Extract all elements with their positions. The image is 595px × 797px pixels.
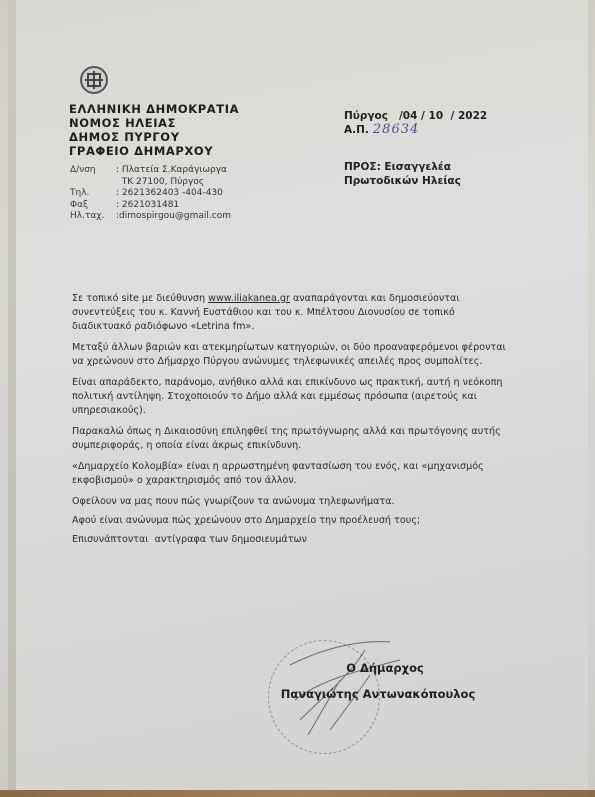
paragraph: Επισυνάπτονται αντίγραφα των δημοσιευμάτ…	[72, 533, 512, 547]
paragraph: Μεταξύ άλλων βαριών και ατεκμηρίωτων κατ…	[72, 341, 512, 369]
contact-value: : 2621362403 -404-430	[116, 188, 223, 200]
paragraph: Οφείλουν να μας πουν πώς γνωρίζουν τα αν…	[72, 495, 512, 509]
contact-label: Ηλ.ταχ.	[70, 211, 116, 223]
greek-coat-of-arms-icon	[80, 66, 108, 94]
contact-fax: Φαξ : 2621031481	[70, 200, 231, 212]
letterhead-line: ΕΛΛΗΝΙΚΗ ΔΗΜΟΚΡΑΤΙΑ	[69, 102, 239, 116]
letterhead: ΕΛΛΗΝΙΚΗ ΔΗΜΟΚΡΑΤΙΑ ΝΟΜΟΣ ΗΛΕΙΑΣ ΔΗΜΟΣ Π…	[69, 102, 239, 158]
signatory-role: Ο Δήμαρχος	[292, 660, 478, 676]
letterhead-line: ΓΡΑΦΕΙΟ ΔΗΜΑΡΧΟΥ	[69, 144, 239, 158]
paragraph-text: Σε τοπικό site με διεύθυνση	[72, 293, 208, 304]
protocol-number-line: Α.Π.28634	[344, 123, 487, 137]
contact-label: Δ/νση	[70, 165, 116, 177]
paragraph: Αφού είναι ανώνυμα πώς χρεώνουν στο Δημα…	[72, 514, 512, 528]
contact-block: Δ/νση : Πλατεία Σ.Καράγιωργα ΤΚ 27100, Π…	[70, 165, 231, 223]
protocol-number: 28634	[373, 122, 419, 137]
letter-body: Σε τοπικό site με διεύθυνση www.iliakane…	[72, 292, 512, 552]
contact-address: Δ/νση : Πλατεία Σ.Καράγιωργα	[70, 165, 231, 177]
recipient-line: Πρωτοδικών Ηλείας	[344, 174, 461, 188]
letterhead-line: ΔΗΜΟΣ ΠΥΡΓΟΥ	[69, 130, 239, 144]
paper-shadow-edge	[8, 0, 16, 790]
contact-phone: Τηλ. : 2621362403 -404-430	[70, 188, 231, 200]
paragraph: Σε τοπικό site με διεύθυνση www.iliakane…	[72, 292, 512, 334]
contact-label	[70, 177, 116, 189]
paragraph: Είναι απαράδεκτο, παράνομο, ανήθικο αλλά…	[72, 376, 512, 418]
contact-value: : Πλατεία Σ.Καράγιωργα	[116, 165, 227, 177]
paragraph: «Δημαρχείο Κολομβία» είναι η αρρωστημένη…	[72, 460, 512, 488]
recipient-line: ΠΡΟΣ: Εισαγγελέα	[344, 160, 461, 174]
contact-value: ΤΚ 27100, Πύργος	[116, 177, 204, 189]
contact-label: Τηλ.	[70, 188, 116, 200]
protocol-label: Α.Π.	[344, 124, 369, 136]
wooden-table-edge	[0, 790, 595, 797]
contact-email: Ηλ.ταχ. :dimospirgou@gmail.com	[70, 211, 231, 223]
paragraph: Παρακαλώ όπως η Δικαιοσύνη επιληφθεί της…	[72, 425, 512, 453]
date-protocol-block: Πύργος /04 / 10 / 2022 Α.Π.28634	[344, 110, 487, 137]
website-link[interactable]: www.iliakanea.gr	[208, 293, 290, 304]
contact-value: :dimospirgou@gmail.com	[116, 211, 231, 223]
contact-value: : 2621031481	[116, 200, 179, 212]
signature-block: Ο Δήμαρχος Παναγιώτης Αντωνακόπουλος	[278, 660, 478, 702]
contact-address-line2: ΤΚ 27100, Πύργος	[70, 177, 231, 189]
letterhead-line: ΝΟΜΟΣ ΗΛΕΙΑΣ	[69, 116, 239, 130]
recipient-block: ΠΡΟΣ: Εισαγγελέα Πρωτοδικών Ηλείας	[344, 160, 461, 188]
contact-label: Φαξ	[70, 200, 116, 212]
signatory-name: Παναγιώτης Αντωνακόπουλος	[278, 686, 478, 702]
